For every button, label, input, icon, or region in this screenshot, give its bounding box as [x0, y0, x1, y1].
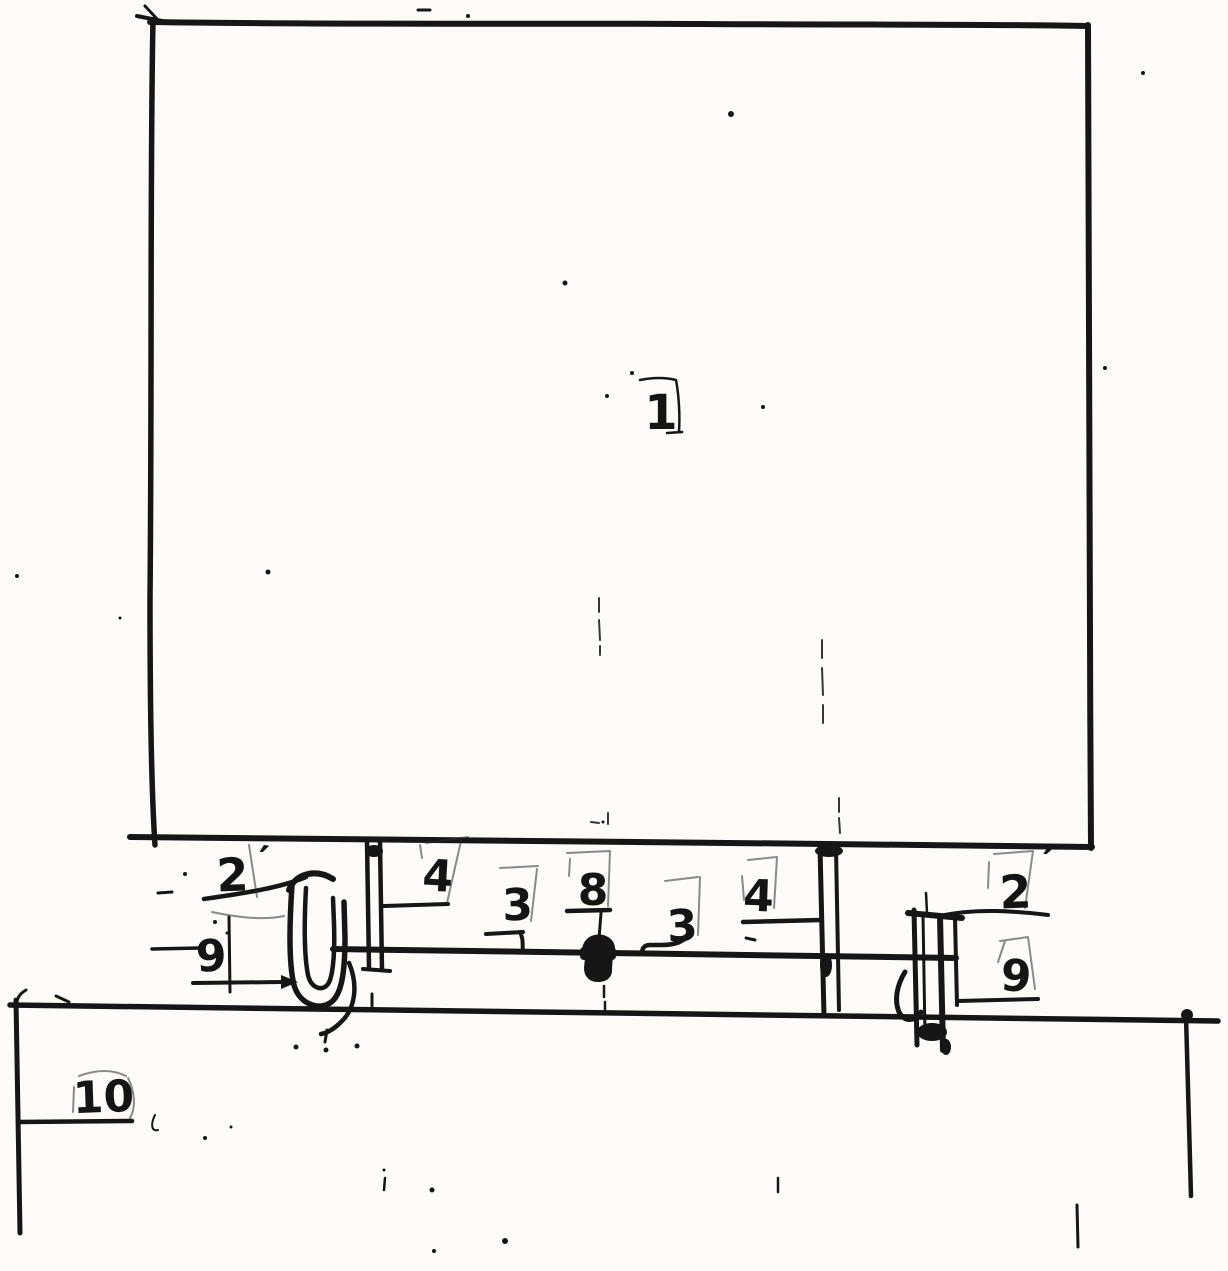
callout-8: 8 [578, 865, 609, 916]
fastener-shape [580, 913, 616, 1013]
bracket-right-shape [815, 845, 843, 1016]
callout-3-right: 3 [666, 900, 699, 953]
hidden-dashed-lines [591, 598, 840, 833]
hook-right-shape [897, 893, 962, 1055]
patent-figure-drawing: 1 2 ′ 4 3 8 3 [0, 0, 1228, 1271]
leader-4-right-tick [746, 938, 755, 940]
callout-3-left: 3 [501, 879, 533, 931]
leader-2-left-echo [212, 912, 284, 918]
ground-line [10, 990, 1218, 1247]
scan-speckles [15, 10, 1145, 1253]
callout-2-right: 2 [999, 864, 1033, 919]
panel-outline [137, 6, 1091, 848]
callout-4-right: 4 [742, 870, 774, 922]
leader-4-left [384, 904, 448, 906]
callout-2-left: 2 [216, 847, 250, 902]
prime-mark-left: ′ [254, 838, 271, 885]
callout-1: 1 [644, 385, 677, 441]
leader-3-left [486, 932, 523, 951]
scanned-drawing-page: 1 2 ′ 4 3 8 3 [0, 0, 1228, 1271]
callout-10: 10 [72, 1071, 135, 1124]
panel-bottom-rail [130, 837, 1092, 847]
callout-4-left: 4 [421, 850, 454, 903]
callout-9-right: 9 [999, 950, 1033, 1003]
callout-9-left: 9 [195, 930, 228, 983]
